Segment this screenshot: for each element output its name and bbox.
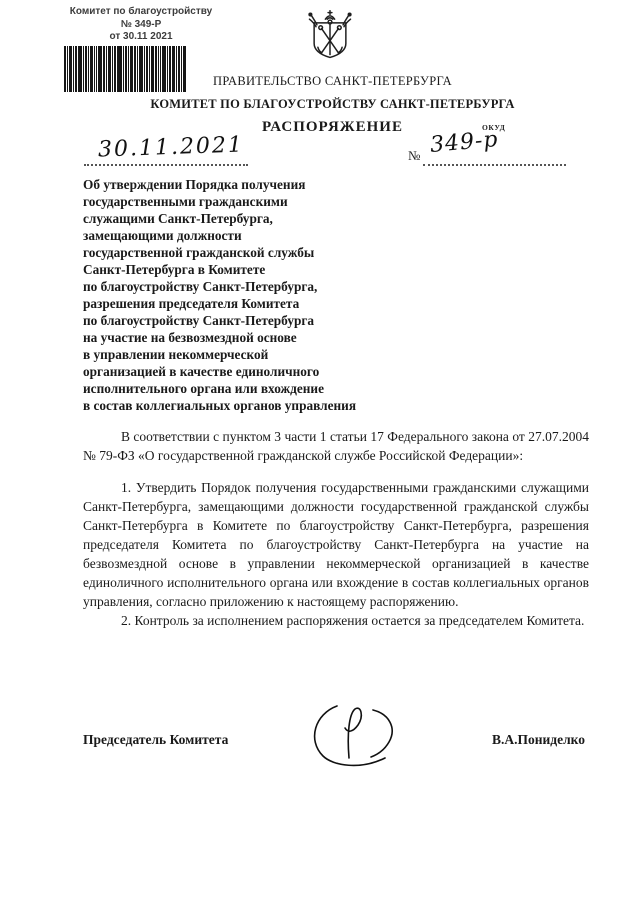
subject-line: на участие на безвозмездной основе [83, 329, 443, 346]
handwritten-number: 349-р [429, 127, 499, 158]
subject-line: замещающими должности [83, 227, 443, 244]
subject-line: Об утверждении Порядка получения [83, 176, 443, 193]
item-1-paragraph: 1. Утвердить Порядок получения государст… [83, 478, 589, 611]
number-sign: № [408, 148, 420, 164]
committee-title: КОМИТЕТ ПО БЛАГОУСТРОЙСТВУ САНКТ-ПЕТЕРБУ… [25, 97, 640, 112]
registration-stamp: Комитет по благоустройству № 349-Р от 30… [55, 6, 227, 44]
document-subject: Об утверждении Порядка получения государ… [83, 176, 443, 414]
handwritten-signature-icon [303, 698, 411, 776]
document-type-title: РАСПОРЯЖЕНИЕ [25, 119, 640, 136]
subject-line: разрешения председателя Комитета [83, 295, 443, 312]
subject-line: по благоустройству Санкт-Петербурга [83, 312, 443, 329]
date-fill-line [84, 164, 248, 166]
subject-line: государственными гражданскими [83, 193, 443, 210]
government-title: ПРАВИТЕЛЬСТВО САНКТ-ПЕТЕРБУРГА [25, 74, 640, 89]
subject-line: организацией в качестве единоличного [83, 363, 443, 380]
subject-line: исполнительного органа или вхождение [83, 380, 443, 397]
signer-title: Председатель Комитета [83, 732, 228, 748]
item-2-paragraph: 2. Контроль за исполнением распоряжения … [83, 611, 589, 630]
signer-name: В.А.Пониделко [492, 732, 585, 748]
document-page: Комитет по благоустройству № 349-Р от 30… [0, 0, 640, 905]
subject-line: Санкт-Петербурга в Комитете [83, 261, 443, 278]
subject-line: в управлении некоммерческой [83, 346, 443, 363]
subject-line: служащими Санкт-Петербурга, [83, 210, 443, 227]
subject-line: в состав коллегиальных органов управлени… [83, 397, 443, 414]
subject-line: по благоустройству Санкт-Петербурга, [83, 278, 443, 295]
stamp-date: от 30.11 2021 [55, 31, 227, 44]
stamp-committee: Комитет по благоустройству [55, 6, 227, 19]
document-body: В соответствии с пунктом 3 части 1 стать… [83, 427, 589, 630]
number-fill-line [423, 164, 566, 166]
handwritten-date: 30.11.2021 [98, 132, 245, 162]
stamp-number: № 349-Р [55, 19, 227, 32]
spb-coat-of-arms-icon [302, 8, 358, 64]
subject-line: государственной гражданской службы [83, 244, 443, 261]
preamble-paragraph: В соответствии с пунктом 3 части 1 стать… [83, 427, 589, 465]
